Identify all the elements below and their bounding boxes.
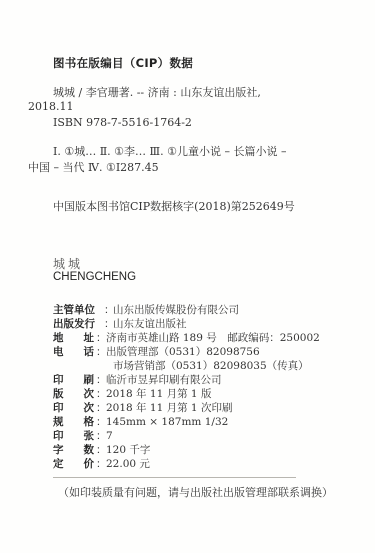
detail-row: 电话：出版管理部（0531）82098756 <box>53 345 260 360</box>
detail-colon: ： <box>96 345 106 360</box>
detail-colon: ： <box>96 331 106 346</box>
detail-label: 印张 <box>53 429 94 444</box>
detail-colon: ： <box>96 373 106 388</box>
detail-row: 主管单位：山东出版传媒股份有限公司 <box>53 303 239 318</box>
detail-colon: ： <box>104 303 113 318</box>
detail-colon: ： <box>96 443 106 458</box>
detail-value: 市场营销部（0531）82098035（传真） <box>113 359 309 374</box>
cip-title-line: 城城 / 李官珊著. -- 济南 : 山东友谊出版社, <box>53 84 261 100</box>
detail-row: 印张：7 <box>53 429 113 444</box>
detail-row: 出版发行：山东友谊出版社 <box>53 317 187 332</box>
detail-row: 印次：2018 年 11 月第 1 次印刷 <box>53 401 232 416</box>
detail-colon: ： <box>96 387 106 402</box>
detail-row: 地址：济南市英雄山路 189 号 邮政编码：250002 <box>53 331 320 346</box>
book-pinyin: CHENGCHENG <box>53 271 136 283</box>
detail-value: 出版管理部（0531）82098756 <box>106 345 260 360</box>
cip-isbn: ISBN 978-7-5516-1764-2 <box>53 116 192 129</box>
cip-heading: 图书在版编目（CIP）数据 <box>53 55 193 71</box>
detail-colon: ： <box>104 317 113 332</box>
detail-value: 120 千字 <box>106 443 150 458</box>
detail-row: 印刷：临沂市昱昇印刷有限公司 <box>53 373 222 388</box>
detail-colon: ： <box>96 429 106 444</box>
detail-colon: ： <box>96 401 106 416</box>
detail-label: 出版发行 <box>53 317 104 332</box>
detail-label: 字数 <box>53 443 94 458</box>
detail-row: 版次：2018 年 11 月第 1 版 <box>53 387 211 402</box>
detail-row: 规格：145mm × 187mm 1/32 <box>53 415 228 430</box>
cip-verification-number: 中国版本图书馆CIP数据核字(2018)第252649号 <box>53 198 295 214</box>
detail-label: 地址 <box>53 331 94 346</box>
detail-colon: ： <box>96 457 106 472</box>
detail-value: 山东友谊出版社 <box>113 317 187 332</box>
detail-label: 主管单位 <box>53 303 104 318</box>
detail-label: 定价 <box>53 457 94 472</box>
detail-value: 2018 年 11 月第 1 版 <box>106 387 211 402</box>
cip-date-line: 2018.11 <box>28 100 74 113</box>
detail-label: 印刷 <box>53 373 94 388</box>
detail-label: 版次 <box>53 387 94 402</box>
cip-subject-line-1: Ⅰ. ①城… Ⅱ. ①李… Ⅲ. ①儿童小说 – 长篇小说 – <box>53 143 286 159</box>
detail-label: 印次 <box>53 401 94 416</box>
quality-notice: （如印装质量有问题，请与出版社出版管理部联系调换） <box>58 484 333 500</box>
detail-value: 7 <box>106 429 113 444</box>
detail-value: 145mm × 187mm 1/32 <box>106 415 228 430</box>
detail-colon: ： <box>96 415 106 430</box>
detail-value: 山东出版传媒股份有限公司 <box>113 303 239 318</box>
detail-value: 22.00 元 <box>106 457 150 472</box>
detail-label: 规格 <box>53 415 94 430</box>
detail-label: 电话 <box>53 345 94 360</box>
divider <box>53 477 296 478</box>
detail-value: 济南市英雄山路 189 号 邮政编码：250002 <box>106 331 320 346</box>
detail-row: 市场营销部（0531）82098035（传真） <box>53 359 309 374</box>
detail-row: 定价：22.00 元 <box>53 457 150 472</box>
detail-value: 临沂市昱昇印刷有限公司 <box>106 373 222 388</box>
detail-value: 2018 年 11 月第 1 次印刷 <box>106 401 232 416</box>
detail-row: 字数：120 千字 <box>53 443 150 458</box>
book-title: 城城 <box>53 255 83 272</box>
cip-subject-line-2: 中国 – 当代 Ⅳ. ①I287.45 <box>28 159 159 175</box>
